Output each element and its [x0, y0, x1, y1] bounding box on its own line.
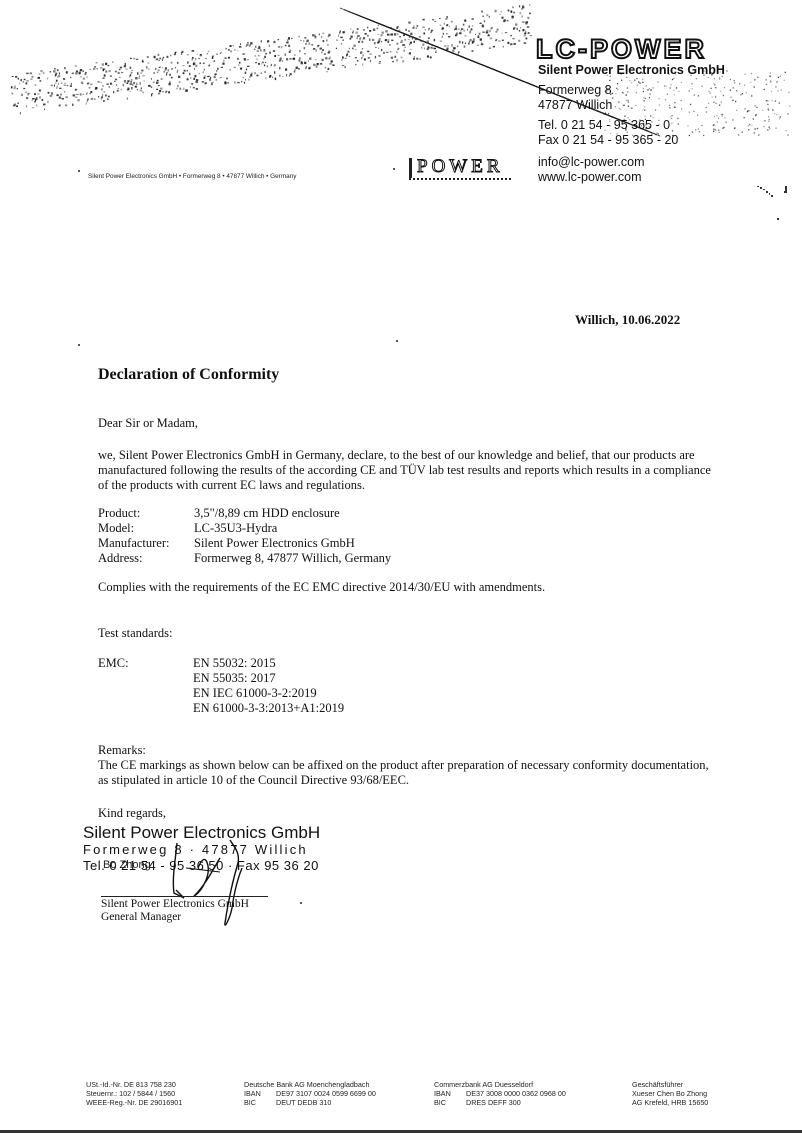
footer-bank-1: Deutsche Bank AG Moenchengladbach IBAN D…	[244, 1080, 376, 1107]
field-value: LC-35U3-Hydra	[194, 521, 277, 536]
field-model: Model:LC-35U3-Hydra	[98, 521, 277, 536]
footer-key: IBAN	[244, 1089, 274, 1098]
small-power-logo: POWER	[409, 156, 511, 180]
standard-item: EN 55032: 2015	[193, 656, 344, 671]
footer-bic: BIC DRES DEFF 300	[434, 1098, 566, 1107]
standard-item: EN 61000-3-3:2013+A1:2019	[193, 701, 344, 716]
signature-line	[101, 896, 268, 897]
footer-weee-reg: WEEE-Reg.-Nr. DE 29016901	[86, 1098, 182, 1107]
footer-registry: AG Krefeld, HRB 15650	[632, 1098, 708, 1107]
date-line: Willich, 10.06.2022	[575, 312, 680, 328]
footer-iban: IBAN DE97 3107 0024 0599 6699 00	[244, 1089, 376, 1098]
letterhead-fax: Fax 0 21 54 - 95 365 - 20	[538, 133, 678, 148]
scan-speck	[396, 340, 398, 342]
scan-speck	[393, 168, 395, 170]
footer-management: Geschäftsführer Xueser Chen Bo Zhong AG …	[632, 1080, 708, 1107]
field-manufacturer: Manufacturer:Silent Power Electronics Gm…	[98, 536, 355, 551]
footer-key: BIC	[434, 1098, 464, 1107]
footer-bic: BIC DEUT DEDB 310	[244, 1098, 376, 1107]
footer-management-label: Geschäftsführer	[632, 1080, 708, 1089]
standard-item: EN IEC 61000-3-2:2019	[193, 686, 344, 701]
footer-bank-2: Commerzbank AG Duesseldorf IBAN DE37 300…	[434, 1080, 566, 1107]
field-value: Formerweg 8, 47877 Willich, Germany	[194, 551, 391, 566]
emc-label: EMC:	[98, 656, 129, 671]
field-value: Silent Power Electronics GmbH	[194, 536, 355, 551]
brand-logo: LC-POWER	[536, 36, 707, 63]
stamp-overprint-name: Bo Zhong	[103, 859, 151, 871]
footer-value: DEUT DEDB 310	[276, 1098, 331, 1107]
footer-bank-name: Commerzbank AG Duesseldorf	[434, 1080, 566, 1089]
field-address: Address:Formerweg 8, 47877 Willich, Germ…	[98, 551, 391, 566]
letterhead-city: 47877 Willich	[538, 98, 612, 113]
salutation: Dear Sir or Madam,	[98, 416, 198, 431]
footer-value: DE97 3107 0024 0599 6699 00	[276, 1089, 376, 1098]
letterhead-company: Silent Power Electronics GmbH	[538, 63, 725, 78]
footer-vat-id: USt.-Id.-Nr. DE 813 758 230	[86, 1080, 182, 1089]
footer-key: IBAN	[434, 1089, 464, 1098]
letterhead-website: www.lc-power.com	[538, 170, 642, 185]
intro-paragraph: we, Silent Power Electronics GmbH in Ger…	[98, 448, 718, 493]
signatory-role: General Manager	[101, 911, 181, 924]
field-product: Product:3,5"/8,89 cm HDD enclosure	[98, 506, 340, 521]
field-label: Product:	[98, 506, 194, 521]
closing: Kind regards,	[98, 806, 166, 821]
field-label: Model:	[98, 521, 194, 536]
footer-bank-name: Deutsche Bank AG Moenchengladbach	[244, 1080, 376, 1089]
letterhead-tel: Tel. 0 21 54 - 95 365 - 0	[538, 118, 670, 133]
scan-speck	[78, 170, 80, 172]
compliance-statement: Complies with the requirements of the EC…	[98, 580, 545, 595]
standards-list: EN 55032: 2015 EN 55035: 2017 EN IEC 610…	[193, 656, 344, 716]
scan-speck	[78, 344, 80, 346]
footer-managers: Xueser Chen Bo Zhong	[632, 1089, 708, 1098]
standard-item: EN 55035: 2017	[193, 671, 344, 686]
signatory-company: Silent Power Electronics GmbH	[101, 898, 249, 911]
scan-speck	[300, 902, 302, 904]
field-label: Manufacturer:	[98, 536, 194, 551]
scan-artifact-corner	[755, 180, 795, 230]
sender-return-address: Silent Power Electronics GmbH • Formerwe…	[88, 173, 296, 180]
footer-value: DRES DEFF 300	[466, 1098, 521, 1107]
footer-tax-number: Steuernr.: 102 / 5844 / 1560	[86, 1089, 182, 1098]
footer-tax-info: USt.-Id.-Nr. DE 813 758 230 Steuernr.: 1…	[86, 1080, 182, 1107]
letterhead-street: Formerweg 8	[538, 83, 612, 98]
footer-key: BIC	[244, 1098, 274, 1107]
remarks-text: The CE markings as shown below can be af…	[98, 758, 718, 788]
letterhead-email: info@lc-power.com	[538, 155, 644, 170]
remarks-label: Remarks:	[98, 743, 146, 758]
field-label: Address:	[98, 551, 194, 566]
footer-value: DE37 3008 0000 0362 0968 00	[466, 1089, 566, 1098]
footer-iban: IBAN DE37 3008 0000 0362 0968 00	[434, 1089, 566, 1098]
small-logo-text: POWER	[417, 156, 504, 177]
test-standards-label: Test standards:	[98, 626, 172, 641]
document-title: Declaration of Conformity	[98, 366, 279, 384]
field-value: 3,5"/8,89 cm HDD enclosure	[194, 506, 340, 521]
